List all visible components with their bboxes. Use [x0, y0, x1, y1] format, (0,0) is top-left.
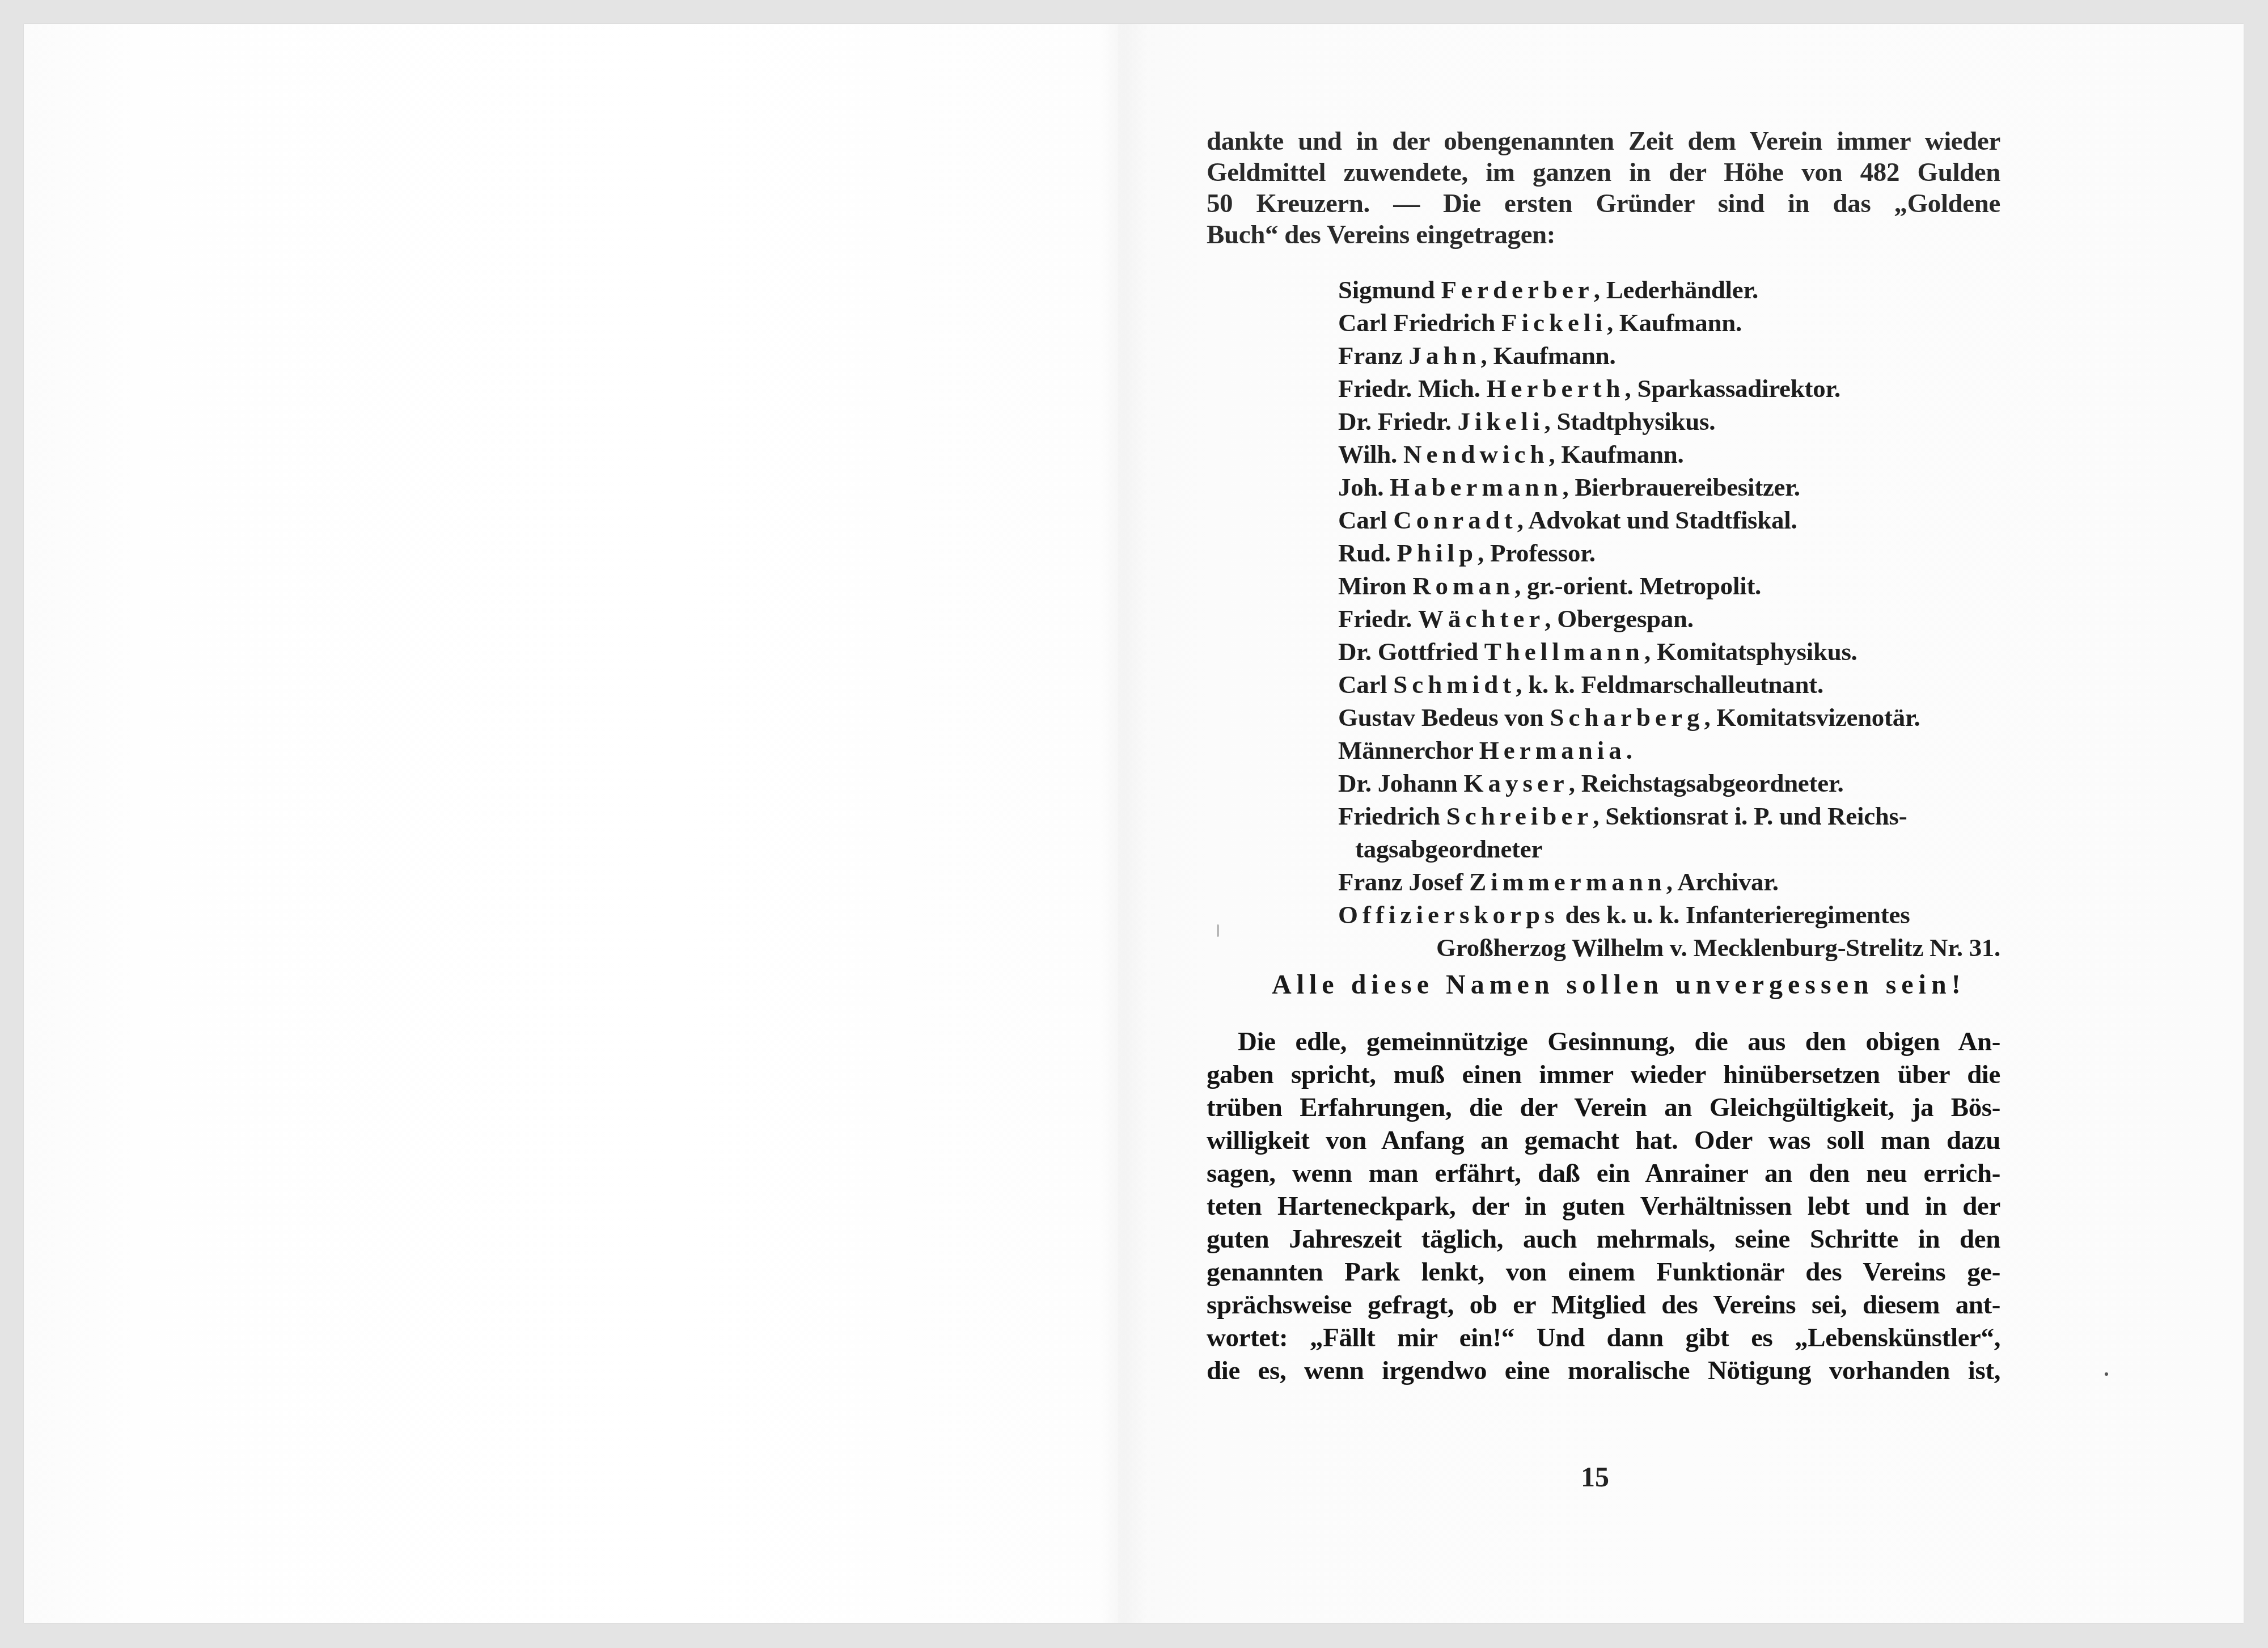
founder-entry: Sigmund Ferderber, Lederhändler.: [1338, 273, 2000, 306]
book-gutter: [1101, 24, 1146, 1623]
intro-paragraph: dankte und in der obengenannten Zeit dem…: [1207, 126, 2000, 251]
founder-entry: Friedr. Mich. Herberth, Sparkassadirekto…: [1338, 372, 2000, 405]
founder-entry: Wilh. Nendwich, Kaufmann.: [1338, 438, 2000, 471]
founder-title: , Sektionsrat i. P. und Reichs-: [1593, 802, 1907, 830]
founder-entry: Dr. Friedr. Jikeli, Stadtphysikus.: [1338, 405, 2000, 438]
text-line: die es, wenn irgendwo eine moralische Nö…: [1207, 1354, 2000, 1387]
founder-title: des k. u. k. Infanterieregimentes: [1559, 901, 1910, 929]
founder-surname: Zimmermann: [1469, 868, 1666, 896]
founder-title: , Sparkassadirektor.: [1625, 374, 1840, 403]
text-line: teten Harteneckpark, der in guten Verhäl…: [1207, 1190, 2000, 1223]
right-page-text: dankte und in der obengenannten Zeit dem…: [1207, 126, 2000, 1387]
founder-surname: Herberth: [1487, 374, 1625, 403]
founder-entry: Dr. Gottfried Thellmann, Komitatsphysiku…: [1338, 635, 2000, 668]
text-line: guten Jahreszeit täglich, auch mehrmals,…: [1207, 1223, 2000, 1256]
founder-given-name: Franz: [1338, 341, 1408, 370]
founder-given-name: Dr. Friedr.: [1338, 407, 1458, 436]
founder-given-name: Friedr.: [1338, 605, 1418, 633]
founder-surname: Schmidt: [1393, 670, 1516, 699]
founder-title: , Archivar.: [1666, 868, 1779, 896]
founder-surname: Jikeli: [1458, 407, 1545, 436]
main-paragraph: Die edle, gemeinnützige Gesinnung, die a…: [1207, 1025, 2000, 1387]
founder-entry: Joh. Habermann, Bierbrauereibesitzer.: [1338, 471, 2000, 504]
text-line: 50 Kreuzern. — Die ersten Gründer sind i…: [1207, 188, 2000, 219]
founder-given-name: Dr. Gottfried: [1338, 637, 1484, 666]
founder-surname: Scharberg: [1550, 703, 1704, 732]
founder-given-name: Friedrich: [1338, 802, 1446, 830]
founder-entry: Männerchor Hermania.: [1338, 734, 2000, 767]
ink-speck: [2105, 1372, 2108, 1376]
founder-given-name: Wilh.: [1338, 440, 1403, 468]
founder-given-name: Friedr. Mich.: [1338, 374, 1487, 403]
founder-title: Großherzog Wilhelm v. Mecklenburg-Streli…: [1436, 933, 2000, 962]
founder-surname: Jahn: [1408, 341, 1480, 370]
page-number: 15: [1581, 1460, 1609, 1493]
founder-title: , Advokat und Stadtfiskal.: [1517, 506, 1797, 534]
text-line: gaben spricht, muß einen immer wieder hi…: [1207, 1058, 2000, 1091]
founder-surname: Nendwich: [1403, 440, 1549, 468]
founder-title: , Lederhändler.: [1594, 276, 1758, 304]
founder-entry: Großherzog Wilhelm v. Mecklenburg-Streli…: [1338, 931, 2000, 964]
founder-given-name: Joh.: [1338, 473, 1390, 501]
founder-surname: Schreiber: [1446, 802, 1593, 830]
founder-surname: Roman: [1412, 572, 1514, 600]
founder-entry: Offizierskorps des k. u. k. Infanteriere…: [1338, 898, 2000, 931]
founder-title-continuation: tagsabgeordneter: [1338, 833, 2000, 865]
founder-title: , Kaufmann.: [1607, 309, 1742, 337]
founder-surname: Kayser: [1463, 769, 1568, 797]
founder-surname: Hermania: [1479, 736, 1626, 764]
text-line: sagen, wenn man erfährt, daß ein Anraine…: [1207, 1157, 2000, 1190]
founder-surname: Habermann: [1390, 473, 1563, 501]
founder-title: , Reichstagsabgeordneter.: [1569, 769, 1844, 797]
founder-title: , Kaufmann.: [1480, 341, 1615, 370]
text-line: Geldmittel zuwendete, im ganzen in der H…: [1207, 157, 2000, 188]
text-line: genannten Park lenkt, von einem Funktion…: [1207, 1256, 2000, 1288]
founder-entry: Dr. Johann Kayser, Reichstagsabgeordnete…: [1338, 767, 2000, 800]
founder-entry: Carl Schmidt, k. k. Feldmarschalleutnant…: [1338, 668, 2000, 701]
founder-title: , Obergespan.: [1545, 605, 1693, 633]
left-page: [24, 24, 1118, 1623]
founder-title: , k. k. Feldmarschalleutnant.: [1516, 670, 1823, 699]
founder-entry: Franz Jahn, Kaufmann.: [1338, 339, 2000, 372]
founder-given-name: Carl Friedrich: [1338, 309, 1501, 337]
founder-surname: Offizierskorps: [1338, 901, 1559, 929]
founder-entry: Friedrich Schreiber, Sektionsrat i. P. u…: [1338, 800, 2000, 865]
founder-given-name: Männerchor: [1338, 736, 1479, 764]
text-line: willigkeit von Anfang an gemacht hat. Od…: [1207, 1124, 2000, 1157]
founder-entry: Carl Friedrich Fickeli, Kaufmann.: [1338, 306, 2000, 339]
founder-title: , Stadtphysikus.: [1545, 407, 1716, 436]
text-line: wortet: „Fällt mir ein!“ Und dann gibt e…: [1207, 1321, 2000, 1354]
text-line: Buch“ des Vereins eingetragen:: [1207, 219, 2000, 251]
founder-surname: Ferderber: [1441, 276, 1593, 304]
founder-surname: Conradt: [1393, 506, 1517, 534]
founder-title: , Bierbrauereibesitzer.: [1563, 473, 1800, 501]
founder-entry: Carl Conradt, Advokat und Stadtfiskal.: [1338, 504, 2000, 536]
founder-entry: Gustav Bedeus von Scharberg, Komitatsviz…: [1338, 701, 2000, 734]
text-line: sprächsweise gefragt, ob er Mitglied des…: [1207, 1288, 2000, 1321]
founder-given-name: Rud.: [1338, 539, 1397, 567]
founder-title: , Professor.: [1478, 539, 1596, 567]
text-line: trüben Erfahrungen, die der Verein an Gl…: [1207, 1091, 2000, 1124]
founder-given-name: Carl: [1338, 670, 1393, 699]
founder-given-name: Gustav Bedeus von: [1338, 703, 1550, 732]
founder-surname: Fickeli: [1501, 309, 1607, 337]
founder-given-name: Sigmund: [1338, 276, 1441, 304]
founder-title: .: [1626, 736, 1632, 764]
founder-entry: Friedr. Wächter, Obergespan.: [1338, 602, 2000, 635]
founder-title: , Kaufmann.: [1548, 440, 1683, 468]
founder-given-name: Franz Josef: [1338, 868, 1469, 896]
founder-surname: Thellmann: [1484, 637, 1644, 666]
founder-entry: Rud. Philp, Professor.: [1338, 536, 2000, 569]
founder-given-name: Miron: [1338, 572, 1412, 600]
text-line: Die edle, gemeinnützige Gesinnung, die a…: [1207, 1025, 2000, 1058]
founder-given-name: Carl: [1338, 506, 1393, 534]
founder-entry: Franz Josef Zimmermann, Archivar.: [1338, 865, 2000, 898]
founder-surname: Philp: [1397, 539, 1478, 567]
founders-list: Sigmund Ferderber, Lederhändler.Carl Fri…: [1207, 273, 2000, 964]
founder-title: , gr.-orient. Metropolit.: [1514, 572, 1761, 600]
founder-entry: Miron Roman, gr.-orient. Metropolit.: [1338, 569, 2000, 602]
founder-title: , Komitatsvizenotär.: [1704, 703, 1920, 732]
scan-mark: [1217, 924, 1219, 937]
founder-surname: Wächter: [1418, 605, 1545, 633]
founder-title: , Komitatsphysikus.: [1644, 637, 1857, 666]
motto: Alle diese Namen sollen unvergessen sein…: [1207, 967, 2000, 1003]
text-line: dankte und in der obengenannten Zeit dem…: [1207, 126, 2000, 157]
founder-given-name: Dr. Johann: [1338, 769, 1463, 797]
